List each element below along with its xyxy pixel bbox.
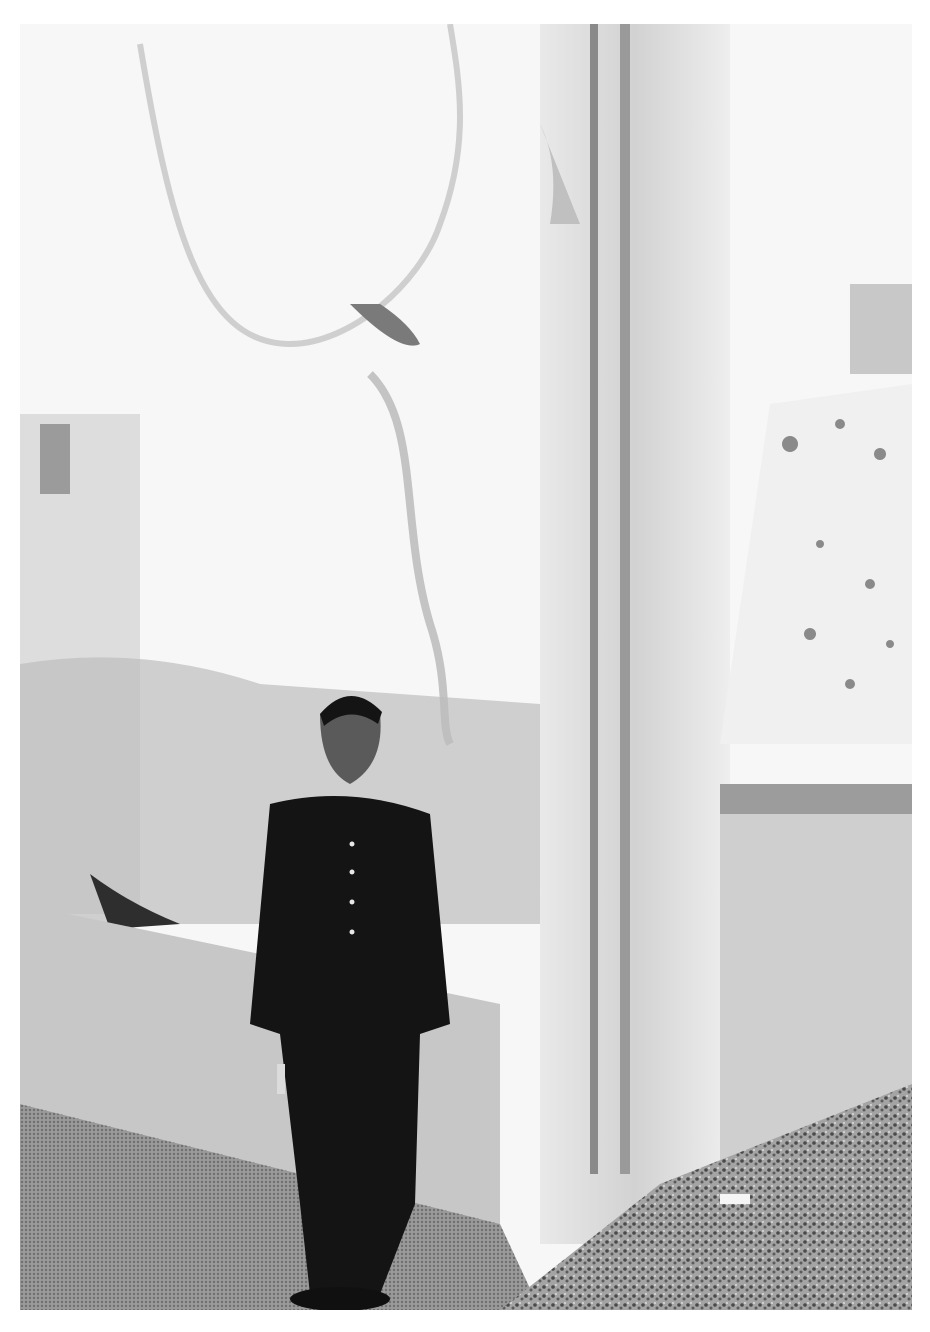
man-shoes	[290, 1287, 390, 1310]
photograph	[20, 24, 912, 1310]
pillar-groove-1	[590, 24, 598, 1174]
held-paper	[277, 1064, 285, 1094]
relief-left-notch	[40, 424, 70, 494]
paper-debris	[720, 1194, 750, 1204]
wall-ledge	[720, 784, 912, 814]
distant-wall	[850, 284, 912, 374]
pillar-groove-2	[620, 24, 630, 1174]
photo-scene	[20, 24, 912, 1310]
